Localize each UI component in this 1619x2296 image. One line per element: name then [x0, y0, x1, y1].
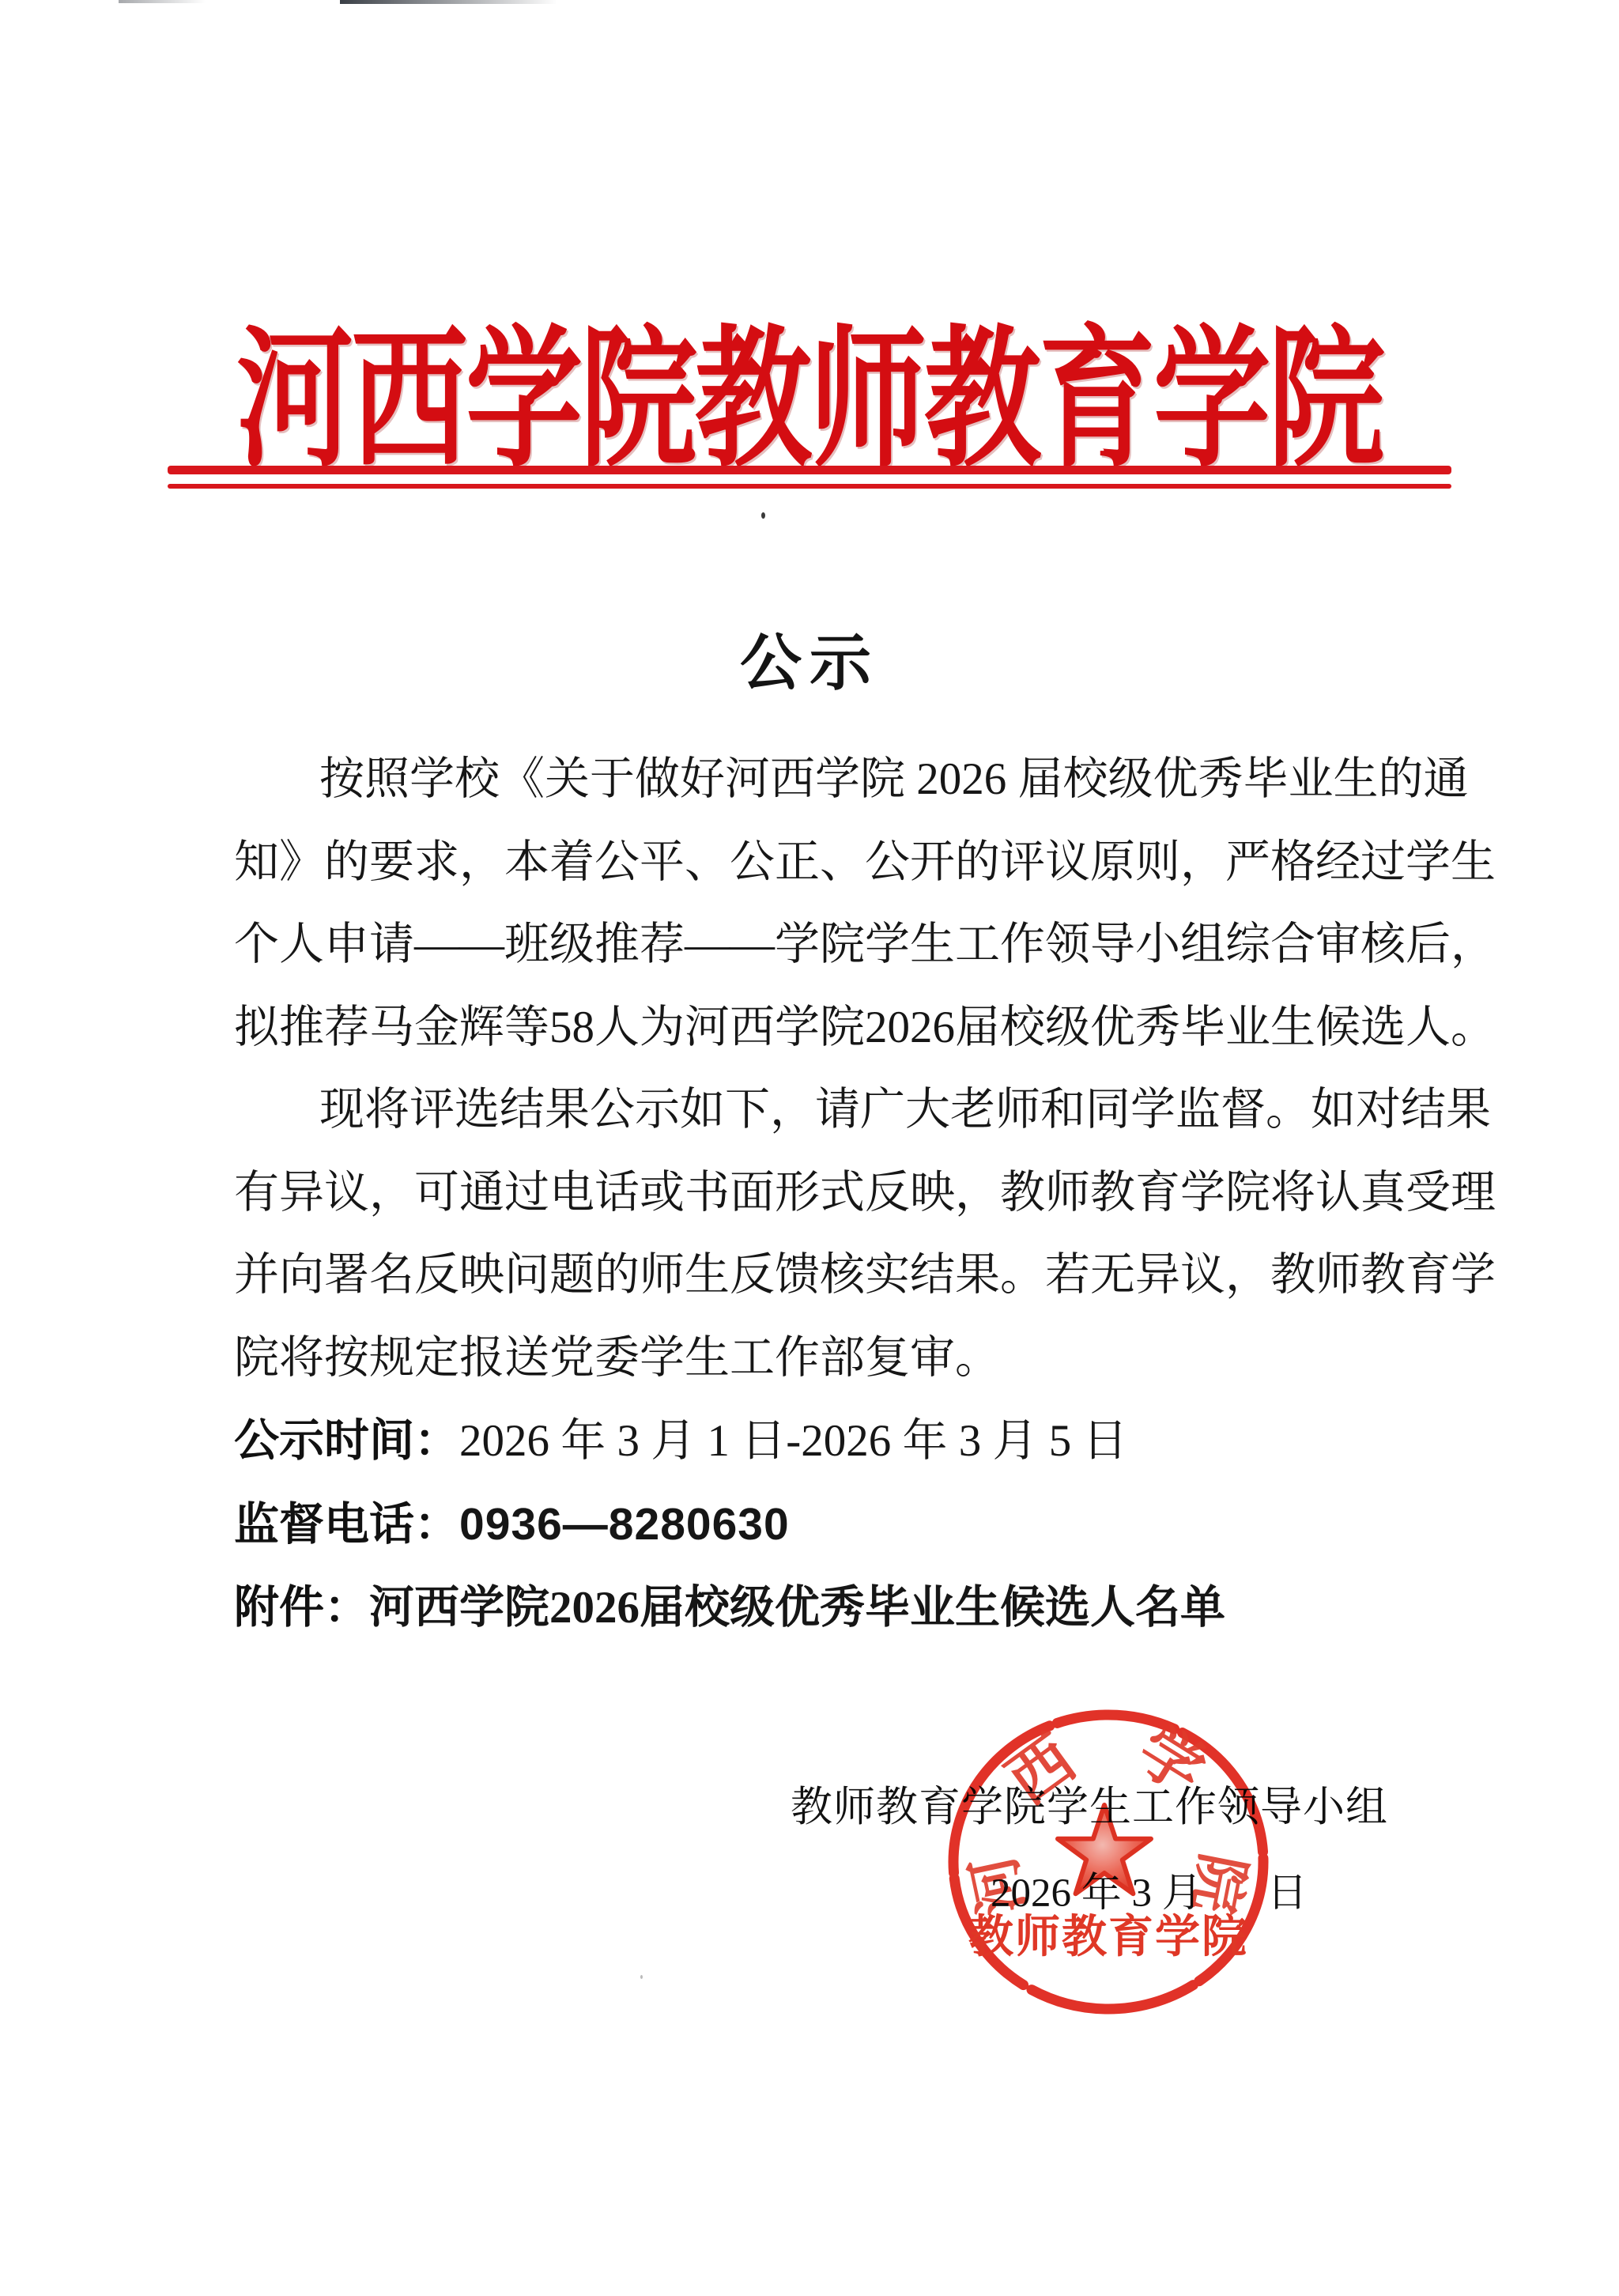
attachment-line: 附件：河西学院2026届校级优秀毕业生候选人名单 [234, 1566, 1420, 1650]
notice-period-label: 公示时间： [234, 1415, 459, 1466]
scan-artifact-dot-small [640, 1975, 643, 1979]
scan-artifact-top-line [340, 0, 557, 4]
notice-period-line: 公示时间：2026 年 3 月 1 日-2026 年 3 月 5 日 [234, 1399, 1420, 1483]
supervision-phone-line: 监督电话：0936—8280630 [234, 1483, 1420, 1567]
attachment-value: 河西学院2026届校级优秀毕业生候选人名单 [369, 1583, 1225, 1633]
letterhead-rule-thick [168, 466, 1451, 474]
seal-ring-char-xue: 学 [1126, 1715, 1216, 1807]
seal-bottom-text: 教师教育学院 [968, 1913, 1248, 1962]
letterhead-rule-thin [168, 484, 1451, 489]
attachment-label: 附件： [234, 1582, 369, 1633]
seal-ring-char-xi: 西 [996, 1724, 1088, 1818]
paragraph1-line2: 知》的要求，本着公平、公正、公开的评议原则，严格经过学生 [234, 821, 1420, 904]
letterhead-title: 河西学院教师教育学院 [0, 278, 1619, 497]
supervision-phone-label: 监督电话： [234, 1499, 459, 1550]
supervision-phone-value: 0936—8280630 [459, 1499, 790, 1550]
notice-period-value: 2026 年 3 月 1 日-2026 年 3 月 5 日 [459, 1416, 1127, 1466]
seal-ring-char-he: 河 [961, 1849, 1037, 1920]
paragraph2-line4: 院将按规定报送党委学生工作部复审。 [234, 1317, 1420, 1400]
paragraph2-line2: 有异议，可通过电话或书面形式反映，教师教育学院将认真受理 [234, 1152, 1420, 1235]
scanned-notice-page: 河西学院教师教育学院 公示 按照学校《关于做好河西学院 2026 届校级优秀毕业… [0, 0, 1619, 2296]
paragraph2-line3: 并向署名反映问题的师生反馈核实结果。若无异议，教师教育学 [234, 1234, 1420, 1317]
seal-star-icon [1058, 1805, 1151, 1894]
paragraph2-line1: 现将评选结果公示如下，请广大老师和同学监督。如对结果 [234, 1069, 1420, 1152]
paragraph1-line4: 拟推荐马金辉等58人为河西学院2026届校级优秀毕业生候选人。 [234, 987, 1420, 1070]
body-text: 按照学校《关于做好河西学院 2026 届校级优秀毕业生的通 知》的要求，本着公平… [234, 738, 1420, 1650]
official-seal-stamp: 河 西 学 院 教师教育学院 [941, 1706, 1276, 2026]
paragraph1-line3: 个人申请——班级推荐——学院学生工作领导小组综合审核后， [234, 904, 1420, 987]
paragraph1-line1: 按照学校《关于做好河西学院 2026 届校级优秀毕业生的通 [234, 738, 1420, 821]
document-title: 公示 [0, 614, 1619, 702]
scan-artifact-top-smudge [119, 0, 206, 3]
seal-ring-char-yuan: 院 [1180, 1849, 1255, 1918]
scan-artifact-dot [761, 512, 765, 519]
